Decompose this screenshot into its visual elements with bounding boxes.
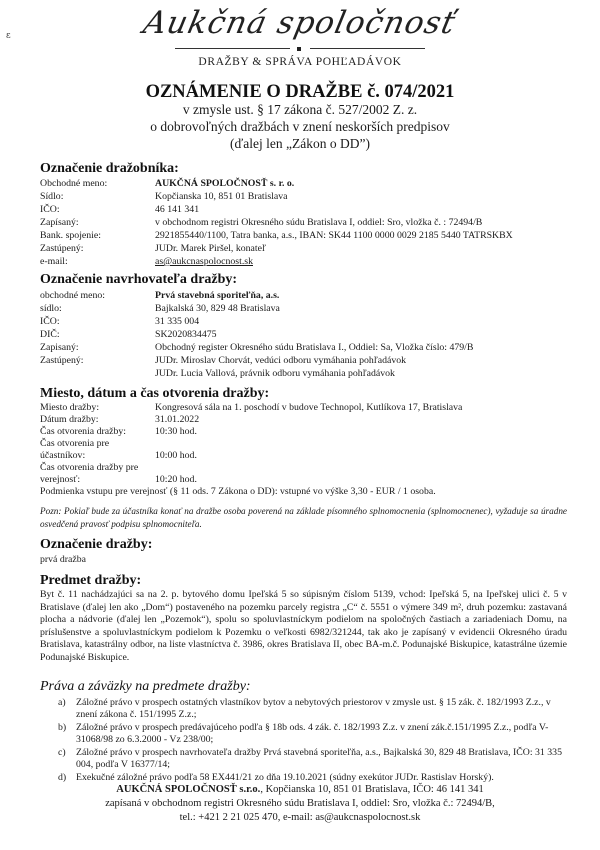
field-value: 46 141 341 [155, 204, 199, 216]
field-label: Zastúpený: [40, 243, 84, 255]
venue-row: Čas otvorenia pre [40, 438, 570, 450]
field-value: 31.01.2022 [155, 414, 199, 426]
field-value: Prvá stavebná sporiteľňa, a.s. [155, 290, 279, 302]
footer-company: AUKČNÁ SPOLOČNOSŤ s.r.o. [116, 784, 260, 795]
title-line-1: v zmysle ust. § 17 zákona č. 527/2002 Z.… [0, 101, 600, 118]
company-logo: Aukčná spoločnosť [0, 6, 600, 40]
proposer-row: DIČ: SK2020834475 [40, 329, 570, 341]
field-value: 10:30 hod. [155, 426, 197, 438]
field-value: Bajkalská 30, 829 48 Bratislava [155, 303, 280, 315]
field-label: účastníkov: [40, 450, 85, 462]
title-line-2: o dobrovoľných dražbách v znení neskorší… [0, 118, 600, 135]
item-text: Záložné právo v prospech predávajúceho p… [76, 722, 568, 747]
proposer-row: Zapisaný: Obchodný register Okresného sú… [40, 342, 570, 354]
field-label: Čas otvorenia dražby pre [40, 462, 138, 474]
venue-row: Miesto dražby: Kongresová sála na 1. pos… [40, 402, 570, 414]
footer-line-2: zapísaná v obchodnom registri Okresného … [0, 797, 600, 810]
designation-value: prvá dražba [40, 554, 567, 567]
field-value: 31 335 004 [155, 316, 199, 328]
field-label: Dátum dražby: [40, 414, 99, 426]
item-text: Záložné právo v prospech navrhovateľa dr… [76, 747, 568, 772]
document-page: ε Aukčná spoločnosť DRAŽBY & SPRÁVA POHĽ… [0, 0, 600, 850]
field-label: Čas otvorenia pre [40, 438, 109, 450]
venue-row: Dátum dražby: 31.01.2022 [40, 414, 570, 426]
venue-row: verejnosť: 10:20 hod. [40, 474, 570, 486]
email-link[interactable]: as@aukcnaspolocnost.sk [155, 256, 253, 268]
field-value: SK2020834475 [155, 329, 217, 341]
venue-heading: Miesto, dátum a čas otvorenia dražby: [40, 386, 269, 402]
field-label: e-mail: [40, 256, 68, 268]
entry-condition: Podmienka vstupu pre verejnosť (§ 11 ods… [40, 486, 567, 499]
field-label: sídlo: [40, 303, 62, 315]
field-value: JUDr. Miroslav Chorvát, vedúci odboru vy… [155, 355, 406, 367]
venue-row: účastníkov: 10:00 hod. [40, 450, 570, 462]
footer-address: , Kopčianska 10, 851 01 Bratislava, IČO:… [260, 784, 483, 795]
title-line-3: (ďalej len „Zákon o DD”) [0, 135, 600, 152]
item-text: Záložné právo v prospech ostatných vlast… [76, 697, 568, 722]
field-label: Zastúpený: [40, 355, 84, 367]
footer-line-3: tel.: +421 2 21 025 470, e-mail: as@aukc… [0, 811, 600, 824]
field-value: Obchodný register Okresného súdu Bratisl… [155, 342, 473, 354]
subject-text: Byt č. 11 nachádzajúci sa na 2. p. bytov… [40, 589, 567, 664]
auctioneer-row: Zapísaný: v obchodnom registri Okresného… [40, 217, 570, 229]
venue-row: Čas otvorenia dražby: 10:30 hod. [40, 426, 570, 438]
footer-line-1: AUKČNÁ SPOLOČNOSŤ s.r.o., Kopčianska 10,… [0, 783, 600, 796]
rights-heading: Práva a záväzky na predmete dražby: [40, 679, 251, 695]
field-label: Sídlo: [40, 191, 63, 203]
auctioneer-row: IČO: 46 141 341 [40, 204, 570, 216]
field-value: 10:20 hod. [155, 474, 197, 486]
item-marker: a) [58, 697, 66, 709]
logo-subtitle: DRAŽBY & SPRÁVA POHĽADÁVOK [0, 56, 600, 68]
proposer-row: obchodné meno: Prvá stavebná sporiteľňa,… [40, 290, 570, 302]
auctioneer-row: Obchodné meno: AUKČNÁ SPOLOČNOSŤ s. r. o… [40, 178, 570, 190]
field-value: AUKČNÁ SPOLOČNOSŤ s. r. o. [155, 178, 294, 190]
field-value: Kongresová sála na 1. poschodí v budove … [155, 402, 462, 414]
square-bullet-icon [297, 47, 301, 51]
proposer-row: JUDr. Lucia Vallová, právnik odboru vymá… [40, 368, 570, 380]
designation-heading: Označenie dražby: [40, 537, 152, 553]
field-value: 10:00 hod. [155, 450, 197, 462]
field-label: Čas otvorenia dražby: [40, 426, 126, 438]
field-value: Kopčianska 10, 851 01 Bratislava [155, 191, 288, 203]
field-label: Miesto dražby: [40, 402, 99, 414]
document-title: OZNÁMENIE O DRAŽBE č. 074/2021 [0, 82, 600, 103]
field-label: IČO: [40, 204, 60, 216]
logo-script-text: Aukčná spoločnosť [141, 6, 459, 40]
field-label: Zapísaný: [40, 217, 79, 229]
field-value: 2921855440/1100, Tatra banka, a.s., IBAN… [155, 230, 513, 242]
proposer-row: Zastúpený: JUDr. Miroslav Chorvát, vedúc… [40, 355, 570, 367]
subject-heading: Predmet dražby: [40, 573, 141, 589]
auctioneer-row: e-mail: as@aukcnaspolocnost.sk [40, 256, 570, 268]
auctioneer-row: Bank. spojenie: 2921855440/1100, Tatra b… [40, 230, 570, 242]
field-value: JUDr. Lucia Vallová, právnik odboru vymá… [155, 368, 395, 380]
venue-row: Čas otvorenia dražby pre [40, 462, 570, 474]
item-marker: b) [58, 722, 66, 734]
field-label: DIČ: [40, 329, 60, 341]
auctioneer-row: Sídlo: Kopčianska 10, 851 01 Bratislava [40, 191, 570, 203]
field-value: v obchodnom registri Okresného súdu Brat… [155, 217, 482, 229]
item-marker: c) [58, 747, 66, 759]
field-value: JUDr. Marek Piršel, konateľ [155, 243, 266, 255]
auctioneer-heading: Označenie dražobníka: [40, 161, 179, 177]
field-label: Bank. spojenie: [40, 230, 101, 242]
proposer-row: sídlo: Bajkalská 30, 829 48 Bratislava [40, 303, 570, 315]
proposer-heading: Označenie navrhovateľa dražby: [40, 272, 237, 288]
proxy-note: Pozn: Pokiaľ bude za účastníka konať na … [40, 505, 567, 530]
logo-divider [175, 45, 425, 53]
auctioneer-row: Zastúpený: JUDr. Marek Piršel, konateľ [40, 243, 570, 255]
field-label: IČO: [40, 316, 60, 328]
field-label: Zapisaný: [40, 342, 79, 354]
field-label: Obchodné meno: [40, 178, 107, 190]
field-label: verejnosť: [40, 474, 80, 486]
proposer-row: IČO: 31 335 004 [40, 316, 570, 328]
field-label: obchodné meno: [40, 290, 105, 302]
